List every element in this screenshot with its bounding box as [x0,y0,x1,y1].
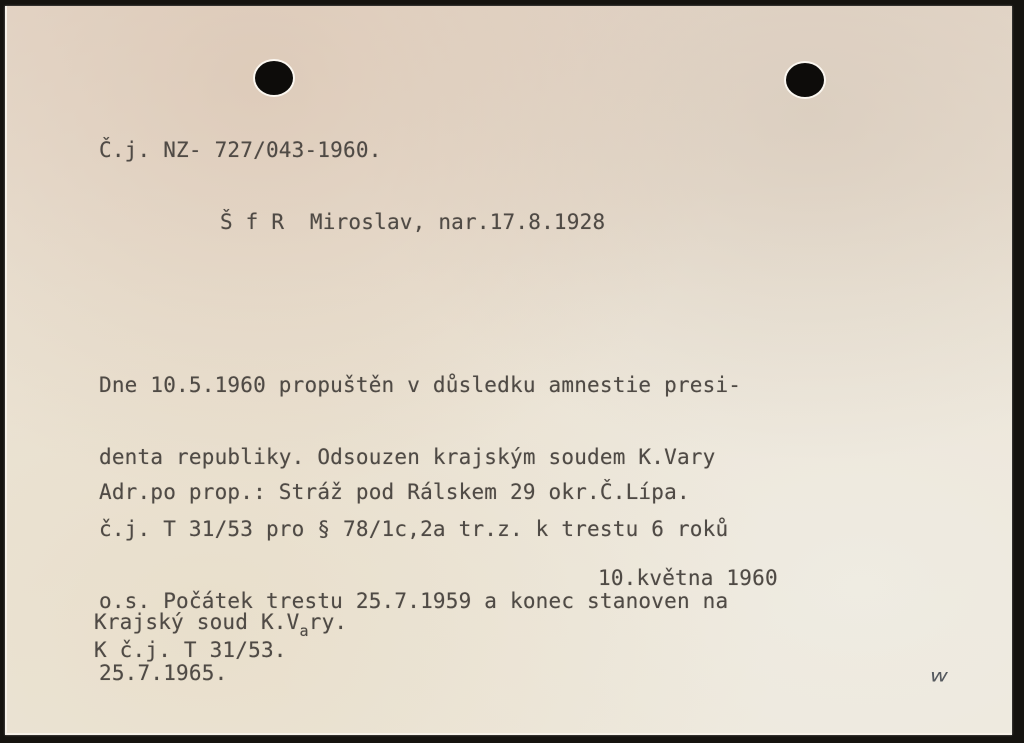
document-date: 10.května 1960 [598,566,778,591]
subject-name: Š f R Miroslav, nar.17.8.1928 [220,210,605,235]
punch-hole-right [784,61,826,99]
punch-hole-left [253,59,295,97]
court-name-suffix: ry. [309,610,348,634]
body-line: č.j. T 31/53 pro § 78/1c,2a tr.z. k tres… [99,517,741,541]
court-reference: K č.j. T 31/53. [94,638,287,663]
reference-number: Č.j. NZ- 727/043-1960. [99,138,382,163]
court-name-prefix: Krajský soud K.V [94,610,300,634]
court-name-subscript: a [300,622,309,640]
body-line: 25.7.1965. [99,661,741,685]
court-name: Krajský soud K.Vary. [94,610,347,637]
handwritten-initials: w [930,667,948,686]
body-line: denta republiky. Odsouzen krajským soude… [99,445,741,469]
body-line: Dne 10.5.1960 propuštěn v důsledku amnes… [99,373,741,397]
address-after-release: Adr.po prop.: Stráž pod Rálskem 29 okr.Č… [99,480,690,505]
